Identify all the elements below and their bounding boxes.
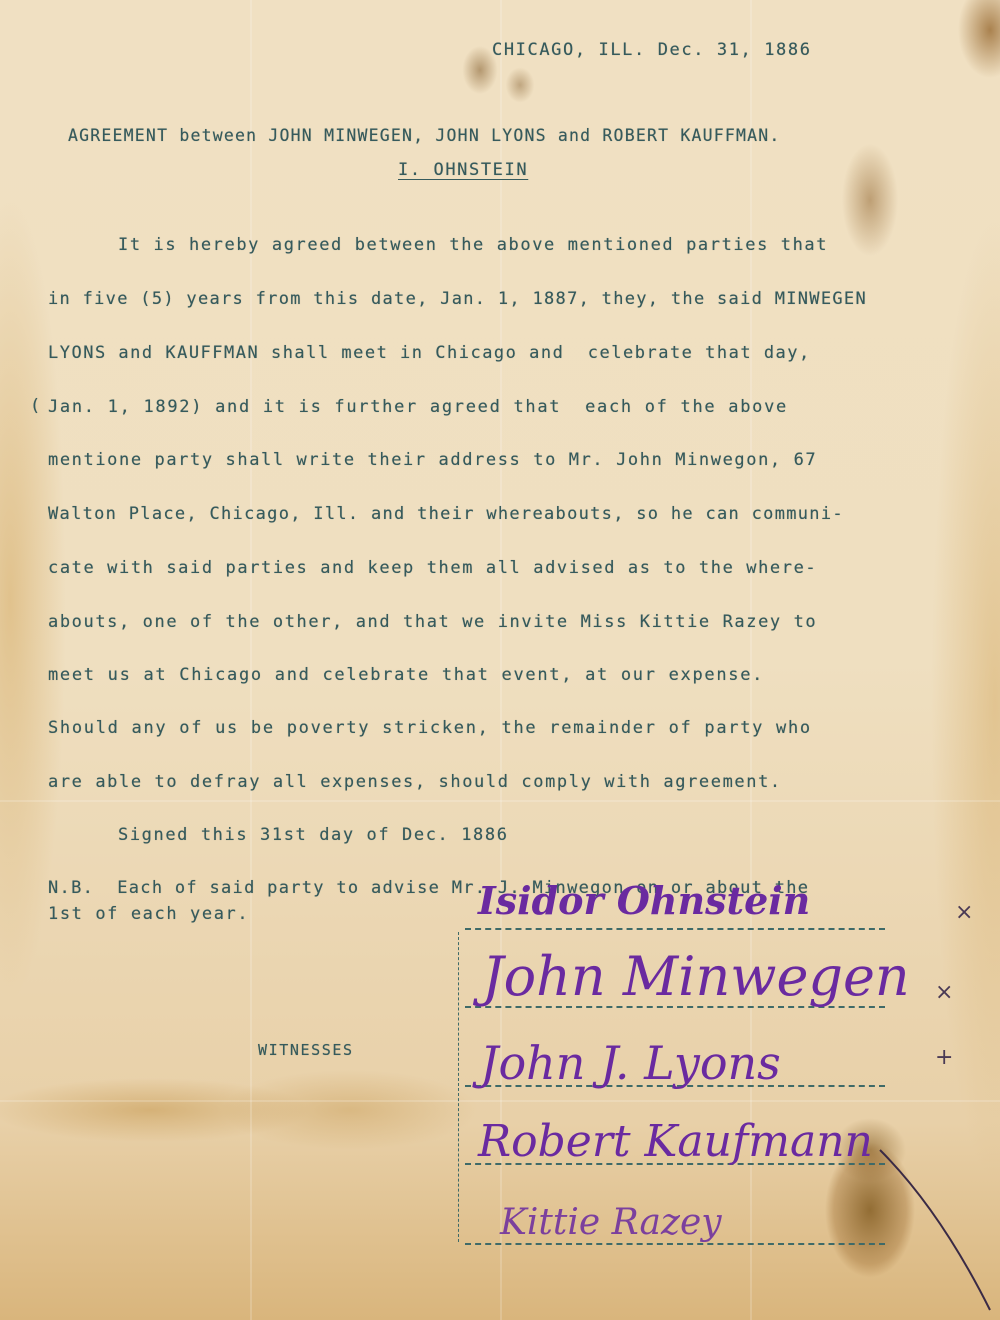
fold-crease xyxy=(250,0,252,1320)
signature-kaufmann: Robert Kaufmann xyxy=(478,1120,873,1164)
signature-bracket xyxy=(458,932,459,1242)
signature-line xyxy=(465,1243,885,1245)
body-line: It is hereby agreed between the above me… xyxy=(118,237,828,254)
signature-lyons: John J. Lyons xyxy=(480,1040,781,1086)
signature-ohnstein: Isidor Ohnstein xyxy=(478,882,810,920)
nb-note-line: 1st of each year. xyxy=(48,906,249,923)
body-line: Walton Place, Chicago, Ill. and their wh… xyxy=(48,506,844,523)
witnesses-label: WITNESSES xyxy=(258,1043,354,1058)
body-line: in five (5) years from this date, Jan. 1… xyxy=(48,291,867,308)
body-line: abouts, one of the other, and that we in… xyxy=(48,614,817,631)
signature-line xyxy=(465,928,885,930)
body-line: cate with said parties and keep them all… xyxy=(48,560,817,577)
agreement-heading: AGREEMENT between JOHN MINWEGEN, JOHN LY… xyxy=(68,128,781,145)
signed-date-line: Signed this 31st day of Dec. 1886 xyxy=(118,827,509,844)
signature-minwegen: John Minwegen xyxy=(482,950,910,1004)
body-line: Jan. 1, 1892) and it is further agreed t… xyxy=(48,399,788,416)
signature-razey: Kittie Razey xyxy=(500,1205,722,1241)
check-mark: + xyxy=(935,1045,953,1070)
fold-crease xyxy=(0,1100,1000,1102)
body-line: meet us at Chicago and celebrate that ev… xyxy=(48,667,764,684)
body-line: are able to defray all expenses, should … xyxy=(48,774,782,791)
pen-stroke xyxy=(860,1140,1000,1320)
fold-crease xyxy=(0,800,1000,802)
check-mark: × xyxy=(955,900,973,925)
body-line: Should any of us be poverty stricken, th… xyxy=(48,720,812,737)
body-line: LYONS and KAUFFMAN shall meet in Chicago… xyxy=(48,345,811,362)
dateline: CHICAGO, ILL. Dec. 31, 1886 xyxy=(492,42,812,59)
check-mark: × xyxy=(935,980,953,1005)
body-line: mentione party shall write their address… xyxy=(48,452,817,469)
subheading-ohnstein: I. OHNSTEIN xyxy=(398,162,528,179)
margin-mark: ( xyxy=(30,398,42,415)
